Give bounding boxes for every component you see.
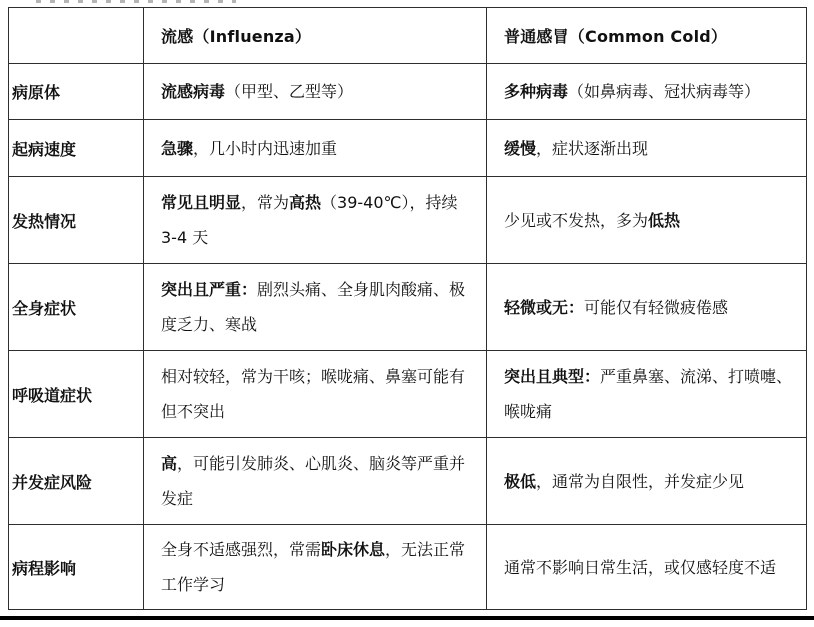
bold-text-run: 高热: [289, 193, 321, 212]
bold-text-run: 突出且典型：: [504, 367, 600, 386]
bold-text-run: 常见且明显: [161, 193, 241, 212]
influenza-cell: 相对较轻，常为干咳；喉咙痛、鼻塞可能有但不突出: [144, 351, 487, 438]
common-cold-cell: 通常不影响日常生活，或仅感轻度不适: [487, 525, 807, 610]
bold-text-run: 高: [161, 454, 177, 473]
influenza-cell: 常见且明显，常为高热（39-40℃），持续 3-4 天: [144, 177, 487, 264]
bold-text-run: 低热: [648, 211, 680, 230]
bold-text-run: 急骤: [161, 139, 193, 158]
text-run: ，通常为自限性，并发症少见: [536, 472, 744, 491]
influenza-cell: 流感病毒（甲型、乙型等）: [144, 64, 487, 120]
header-row: 流感（Influenza） 普通感冒（Common Cold）: [9, 8, 807, 64]
table-row: 并发症风险 高，可能引发肺炎、心肌炎、脑炎等严重并发症 极低，通常为自限性，并发…: [9, 438, 807, 525]
table-row: 病原体 流感病毒（甲型、乙型等） 多种病毒（如鼻病毒、冠状病毒等）: [9, 64, 807, 120]
common-cold-cell: 多种病毒（如鼻病毒、冠状病毒等）: [487, 64, 807, 120]
bold-text-run: 突出且严重：: [161, 280, 257, 299]
table-row: 呼吸道症状 相对较轻，常为干咳；喉咙痛、鼻塞可能有但不突出 突出且典型：严重鼻塞…: [9, 351, 807, 438]
text-run: ，常为: [241, 193, 289, 212]
text-run: 通常不影响日常生活，或仅感轻度不适: [504, 558, 776, 577]
text-run: （甲型、乙型等）: [225, 82, 353, 101]
text-run: ，可能引发肺炎、心肌炎、脑炎等严重并发症: [161, 454, 465, 508]
influenza-cell: 突出且严重：剧烈头痛、全身肌肉酸痛、极度乏力、寒战: [144, 264, 487, 351]
text-run: 可能仅有轻微疲倦感: [584, 298, 728, 317]
text-run: 全身不适感强烈，常需: [161, 540, 321, 559]
bold-text-run: 卧床休息: [321, 540, 385, 559]
bold-text-run: 缓慢: [504, 139, 536, 158]
clipped-text-fragment-top: [36, 0, 236, 3]
flu-vs-cold-comparison-table: 流感（Influenza） 普通感冒（Common Cold） 病原体 流感病毒…: [8, 7, 807, 610]
table-row: 全身症状 突出且严重：剧烈头痛、全身肌肉酸痛、极度乏力、寒战 轻微或无：可能仅有…: [9, 264, 807, 351]
text-run: ，症状逐渐出现: [536, 139, 648, 158]
row-label: 起病速度: [9, 120, 144, 177]
row-label: 并发症风险: [9, 438, 144, 525]
text-run: （如鼻病毒、冠状病毒等）: [568, 82, 760, 101]
row-label: 病原体: [9, 64, 144, 120]
text-run: 相对较轻，常为干咳；喉咙痛、鼻塞可能有但不突出: [161, 367, 465, 421]
common-cold-cell: 缓慢，症状逐渐出现: [487, 120, 807, 177]
table-row: 病程影响 全身不适感强烈，常需卧床休息，无法正常工作学习 通常不影响日常生活，或…: [9, 525, 807, 610]
row-label: 呼吸道症状: [9, 351, 144, 438]
influenza-cell: 高，可能引发肺炎、心肌炎、脑炎等严重并发症: [144, 438, 487, 525]
row-label: 全身症状: [9, 264, 144, 351]
column-header-influenza: 流感（Influenza）: [144, 8, 487, 64]
row-label: 病程影响: [9, 525, 144, 610]
document-page: 流感（Influenza） 普通感冒（Common Cold） 病原体 流感病毒…: [0, 0, 814, 627]
common-cold-cell: 突出且典型：严重鼻塞、流涕、打喷嚏、喉咙痛: [487, 351, 807, 438]
common-cold-cell: 极低，通常为自限性，并发症少见: [487, 438, 807, 525]
common-cold-cell: 少见或不发热，多为低热: [487, 177, 807, 264]
bold-text-run: 轻微或无：: [504, 298, 584, 317]
bold-text-run: 多种病毒: [504, 82, 568, 101]
influenza-cell: 急骤，几小时内迅速加重: [144, 120, 487, 177]
corner-cell: [9, 8, 144, 64]
common-cold-cell: 轻微或无：可能仅有轻微疲倦感: [487, 264, 807, 351]
row-label: 发热情况: [9, 177, 144, 264]
text-run: 少见或不发热，多为: [504, 211, 648, 230]
influenza-cell: 全身不适感强烈，常需卧床休息，无法正常工作学习: [144, 525, 487, 610]
bold-text-run: 极低: [504, 472, 536, 491]
bold-text-run: 流感病毒: [161, 82, 225, 101]
bottom-rule: [0, 616, 814, 620]
table-row: 发热情况 常见且明显，常为高热（39-40℃），持续 3-4 天 少见或不发热，…: [9, 177, 807, 264]
column-header-common-cold: 普通感冒（Common Cold）: [487, 8, 807, 64]
text-run: ，几小时内迅速加重: [193, 139, 337, 158]
table-row: 起病速度 急骤，几小时内迅速加重 缓慢，症状逐渐出现: [9, 120, 807, 177]
